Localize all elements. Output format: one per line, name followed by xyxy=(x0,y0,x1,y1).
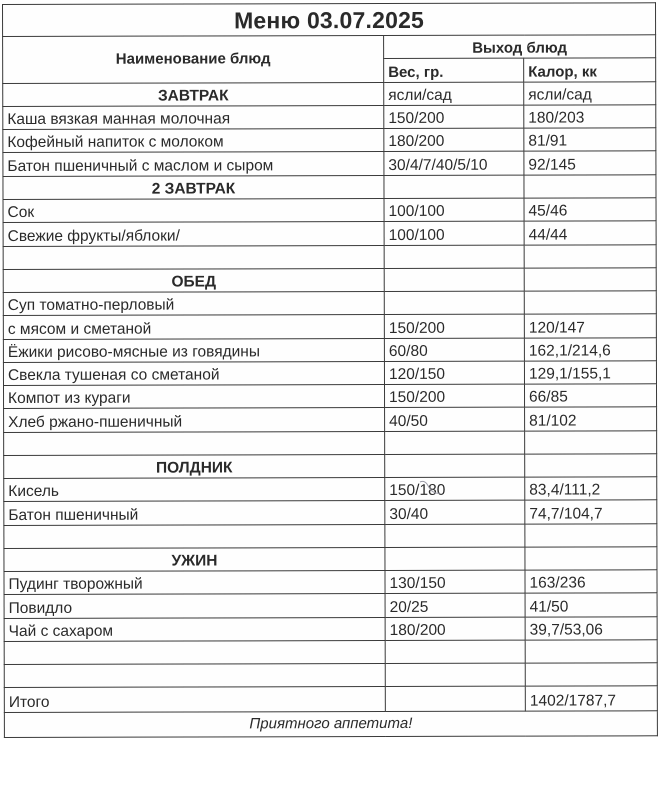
dish-calories: 81/91 xyxy=(524,128,656,152)
dish-calories xyxy=(524,267,656,291)
dish-calories: 92/145 xyxy=(524,151,656,175)
dish-weight xyxy=(385,454,525,478)
section-row: ЗАВТРАКясли/садясли/сад xyxy=(3,81,656,106)
dish-row: Кофейный напиток с молоком180/20081/91 xyxy=(3,128,656,153)
section-row: ПОЛДНИК xyxy=(4,454,657,479)
empty-row xyxy=(4,640,657,665)
dish-calories xyxy=(525,663,657,686)
empty-row xyxy=(4,663,657,688)
section-title: УЖИН xyxy=(4,547,385,571)
dish-weight: ясли/сад xyxy=(384,82,524,106)
dish-calories: 45/46 xyxy=(524,198,656,222)
dish-weight: 30/40 xyxy=(385,500,525,524)
dish-calories: 163/236 xyxy=(525,570,657,594)
footer-wish: Приятного аппетита! xyxy=(4,711,657,738)
dish-calories: ясли/сад xyxy=(524,81,656,105)
dish-weight: 120/150 xyxy=(384,361,524,385)
dish-row: Свекла тушеная со сметаной120/150129,1/1… xyxy=(3,361,656,386)
dish-weight: 100/100 xyxy=(384,198,524,222)
dish-name: Хлеб ржано-пшеничный xyxy=(4,408,385,432)
dish-weight: 150/180 xyxy=(385,477,525,501)
empty-row xyxy=(4,431,657,456)
dish-row: Батон пшеничный с маслом и сыром30/4/7/4… xyxy=(3,151,656,176)
dish-weight xyxy=(384,175,524,199)
dish-calories: 74,7/104,7 xyxy=(525,500,657,524)
menu-title: Меню 03.07.2025 xyxy=(3,3,656,37)
dish-calories: 81/102 xyxy=(525,407,657,431)
section-title: ОБЕД xyxy=(3,268,384,292)
dish-name xyxy=(4,524,385,548)
dish-name xyxy=(3,245,384,269)
dish-row: Сок100/10045/46 xyxy=(3,198,656,223)
dish-calories: 129,1/155,1 xyxy=(524,361,656,385)
dish-calories xyxy=(525,546,657,570)
dish-calories xyxy=(524,175,656,199)
dish-weight: 130/150 xyxy=(385,570,525,594)
dish-calories: 162,1/214,6 xyxy=(524,337,656,361)
menu-body: ЗАВТРАКясли/садясли/садКаша вязкая манна… xyxy=(3,81,658,712)
empty-row xyxy=(3,244,656,269)
section-title: ЗАВТРАК xyxy=(3,82,384,106)
dish-calories xyxy=(525,640,657,663)
dish-weight: 150/200 xyxy=(384,105,524,129)
dish-calories: 1402/1787,7 xyxy=(525,686,657,711)
section-row: 2 ЗАВТРАК xyxy=(3,175,656,200)
dish-calories: 83,4/111,2 xyxy=(525,477,657,501)
dish-weight: 40/50 xyxy=(385,408,525,432)
dish-calories xyxy=(525,431,657,454)
header-row-1: Наименование блюд Выход блюд xyxy=(3,35,656,60)
section-title: 2 ЗАВТРАК xyxy=(3,175,384,199)
dish-name: с мясом и сметаной xyxy=(3,315,384,339)
section-title: ПОЛДНИК xyxy=(4,454,385,478)
dish-weight xyxy=(384,268,524,292)
dish-weight: 60/80 xyxy=(384,338,524,362)
dish-weight: 30/4/7/40/5/10 xyxy=(384,152,524,176)
dish-weight: 180/200 xyxy=(385,617,525,641)
dish-name: Пудинг творожный xyxy=(4,570,385,594)
dish-row: Свежие фрукты/яблоки/100/10044/44 xyxy=(3,221,656,246)
total-row: Итого1402/1787,7 xyxy=(4,686,657,713)
dish-name: Чай с сахаром xyxy=(4,617,385,641)
section-row: УЖИН xyxy=(4,546,657,571)
dish-weight xyxy=(384,245,524,268)
dish-row: с мясом и сметаной150/200120/147 xyxy=(3,314,656,339)
menu-table: Меню 03.07.2025 Наименование блюд Выход … xyxy=(2,2,658,738)
dish-name-header: Наименование блюд xyxy=(3,36,384,84)
weight-header: Вес, гр. xyxy=(384,58,524,82)
dish-name: Компот из кураги xyxy=(3,385,384,409)
footer-row: Приятного аппетита! xyxy=(4,711,657,738)
total-label: Итого xyxy=(4,686,385,712)
dish-row: Ёжики рисово-мясные из говядины60/80162,… xyxy=(3,337,656,362)
dish-row: Пудинг творожный130/150163/236 xyxy=(4,570,657,595)
dish-calories: 66/85 xyxy=(524,384,656,408)
dish-name: Кофейный напиток с молоком xyxy=(3,129,384,153)
calories-header: Калор, кк xyxy=(524,58,656,82)
section-row: ОБЕД xyxy=(3,267,656,292)
dish-row: Чай с сахаром180/20039,7/53,06 xyxy=(4,616,657,641)
dish-calories: 39,7/53,06 xyxy=(525,616,657,640)
dish-weight: 20/25 xyxy=(385,593,525,617)
dish-name xyxy=(4,431,385,455)
dish-weight: 180/200 xyxy=(384,128,524,152)
dish-name: Ёжики рисово-мясные из говядины xyxy=(3,338,384,362)
dish-name xyxy=(4,640,385,664)
dish-name: Повидло xyxy=(4,594,385,618)
dish-row: Повидло20/2541/50 xyxy=(4,593,657,618)
dish-name: Каша вязкая манная молочная xyxy=(3,105,384,129)
dish-weight xyxy=(385,686,525,711)
dish-row: Кисель150/18083,4/111,2 xyxy=(4,477,657,502)
dish-weight xyxy=(385,663,525,686)
dish-calories xyxy=(524,291,656,315)
dish-name: Кисель xyxy=(4,478,385,502)
dish-calories xyxy=(525,523,657,546)
empty-row xyxy=(4,523,657,548)
dish-calories: 120/147 xyxy=(524,314,656,338)
dish-weight xyxy=(384,291,524,315)
dish-name: Батон пшеничный xyxy=(4,501,385,525)
dish-name xyxy=(4,663,385,687)
dish-calories: 41/50 xyxy=(525,593,657,617)
dish-name: Свекла тушеная со сметаной xyxy=(3,361,384,385)
dish-weight: 100/100 xyxy=(384,222,524,246)
dish-calories: 44/44 xyxy=(524,221,656,245)
dish-row: Батон пшеничный30/4074,7/104,7 xyxy=(4,500,657,525)
dish-weight: 150/200 xyxy=(384,314,524,338)
dish-weight xyxy=(385,524,525,547)
dish-name: Сок xyxy=(3,199,384,223)
title-row: Меню 03.07.2025 xyxy=(3,3,656,37)
menu-document: Меню 03.07.2025 Наименование блюд Выход … xyxy=(2,2,657,738)
dish-weight: 150/200 xyxy=(384,384,524,408)
dish-calories: 180/203 xyxy=(524,105,656,129)
dish-calories xyxy=(524,244,656,267)
dish-weight xyxy=(385,640,525,663)
dish-row: Компот из кураги150/20066/85 xyxy=(3,384,656,409)
dish-weight xyxy=(385,431,525,454)
dish-weight xyxy=(385,547,525,571)
dish-name: Свежие фрукты/яблоки/ xyxy=(3,222,384,246)
dish-row: Суп томатно-перловый xyxy=(3,291,656,316)
dish-row: Хлеб ржано-пшеничный40/5081/102 xyxy=(4,407,657,432)
dish-name: Суп томатно-перловый xyxy=(3,291,384,315)
dish-row: Каша вязкая манная молочная150/200180/20… xyxy=(3,105,656,130)
dish-calories xyxy=(525,454,657,478)
dish-name: Батон пшеничный с маслом и сыром xyxy=(3,152,384,176)
output-header: Выход блюд xyxy=(384,35,656,59)
